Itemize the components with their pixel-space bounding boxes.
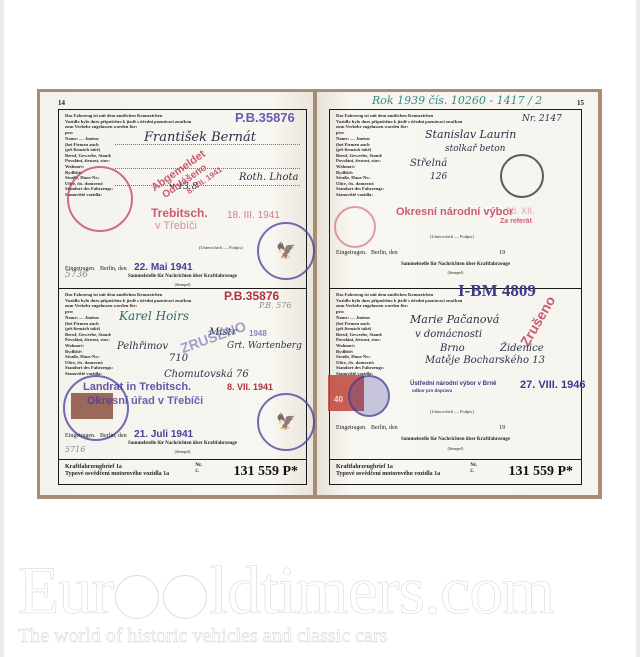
registration-line: Eingetragen. Berlin, den 19 xyxy=(336,425,575,431)
handwritten-name: Karel Hoirs xyxy=(119,309,189,323)
stamp-label: (Stempel) xyxy=(59,449,306,454)
handwritten-post: Židenice xyxy=(500,343,544,354)
signature-label: (Unterschrift — Podpis) xyxy=(430,234,474,239)
authority-stamp-cz: Okresní úřad v Třebíči xyxy=(87,395,203,407)
registration-line: Eingetragen. Berlin, den 22. Mai 1941 xyxy=(65,262,300,273)
collecting-office: Sammelstelle für Nachrichten über Kraftf… xyxy=(59,274,306,279)
page-number: 15 xyxy=(577,99,584,107)
handwritten-residence: Střelná xyxy=(410,158,447,169)
scrollbar[interactable] xyxy=(636,0,640,657)
registered-city: Berlin, den xyxy=(100,433,127,439)
collecting-office: Sammelstelle für Nachrichten über Kraftf… xyxy=(330,437,581,442)
watermark-logo: Eurldtimers.com xyxy=(18,556,554,624)
registered-label: Eingetragen. xyxy=(336,425,367,431)
gauge-icon xyxy=(163,575,207,619)
authority-stamp-sub: Za referát xyxy=(500,218,532,225)
field-line xyxy=(115,185,300,186)
form-number: 131 559 P* xyxy=(508,464,573,480)
margin-note: Nr. 2147 xyxy=(522,114,562,124)
nr-label-cz: č. xyxy=(195,469,198,474)
footer-line-cz: Typové osvědčení motorového vozidla 1a xyxy=(336,471,440,477)
signature-label: (Unterschrift — Podpis) xyxy=(430,409,474,414)
handwritten-name: František Bernát xyxy=(144,130,256,145)
registered-city: Berlin, den xyxy=(100,266,127,272)
registered-year: 19 xyxy=(499,425,505,431)
handwritten-post: Grt. Wartenberg xyxy=(227,341,302,351)
entry-1: Das Fahrzeug ist mit dem amtlichen Kennz… xyxy=(59,110,306,289)
registration-line: Eingetragen. Berlin, den 21. Juli 1941 xyxy=(65,429,300,440)
page-right: 15 Rok 1939 čís. 10260 - 1417 / 2 Das Fa… xyxy=(317,92,598,495)
authority-stamp-cz: v Třebíči xyxy=(155,220,197,232)
signature-label: (Unterschrift — Podpis) xyxy=(199,245,243,250)
handwritten-name: Stanislav Laurin xyxy=(425,128,516,141)
printed-fields: Name: — Jméno: (bei Firmen auch (při fir… xyxy=(65,315,113,377)
plate-number: P.B.35876 xyxy=(235,110,295,125)
stamp-label: (Stempel) xyxy=(330,270,581,275)
entry-2: Das Fahrzeug ist mit dem amtlichen Kennz… xyxy=(59,289,306,460)
printed-fields: Name: — Jméno: (bei Firmen auch (při fir… xyxy=(336,136,384,198)
round-seal-red xyxy=(67,166,133,232)
authority-stamp-de: Landrat in Trebitsch. xyxy=(83,381,191,393)
margin-note: 5716 xyxy=(65,445,85,454)
footer-line-cz: Typové osvědčení motorového vozidla 1a xyxy=(65,471,169,477)
form-footer: Kraftfahrzeugbrief 1a Typové osvědčení m… xyxy=(330,460,581,484)
registration-line: Eingetragen. Berlin, den 19 xyxy=(336,250,575,256)
stamp-label: (Stempel) xyxy=(59,282,306,287)
cancel-stamp: Zrušeno xyxy=(517,293,558,349)
entry-1: Das Fahrzeug ist mit dem amtlichen Kennz… xyxy=(330,110,581,289)
authority-stamp: Ústřední národní výbor v Brně xyxy=(410,381,496,387)
form-frame: Das Fahrzeug ist mit dem amtlichen Kennz… xyxy=(58,109,307,485)
printed-fields: Name: — Jméno: (bei Firmen auch (při fir… xyxy=(336,315,384,377)
registered-city: Berlin, den xyxy=(371,250,398,256)
authority-stamp-de: Trebitsch. xyxy=(151,206,208,220)
revenue-stamp-value: 40 xyxy=(334,395,343,404)
authority-stamp-date: 20. XII. xyxy=(506,206,535,216)
handwritten-name: Marie Pačanová xyxy=(410,313,499,326)
handwritten-profession: stolkař beton xyxy=(445,144,505,154)
round-seal-black xyxy=(500,154,544,198)
handwritten-number: 126 xyxy=(430,172,447,182)
handwritten-residence: Brno xyxy=(440,343,465,354)
round-seal-red xyxy=(334,206,376,248)
watermark-brand-prefix: Eur xyxy=(18,552,113,628)
handwritten-profession: v domácnosti xyxy=(415,329,482,340)
nr-label: Nr.č. xyxy=(195,463,202,475)
watermark-brand-suffix: ldtimers.com xyxy=(209,552,554,628)
left-edge-bar xyxy=(0,0,4,657)
nr-label-cz: č. xyxy=(470,469,473,474)
gauge-icon xyxy=(115,575,159,619)
registered-year: 19 xyxy=(499,250,505,256)
form-footer: Kraftfahrzeugbrief 1a Typové osvědčení m… xyxy=(59,460,306,484)
authority-stamp: Okresní národní výbor xyxy=(396,206,513,218)
registered-date: 22. Mai 1941 xyxy=(134,262,192,273)
margin-note-top: P.B. 576 xyxy=(259,301,292,310)
handwritten-post: Roth. Lhota xyxy=(239,172,298,183)
registered-label: Eingetragen. xyxy=(65,433,96,439)
collecting-office: Sammelstelle für Nachrichten über Kraftf… xyxy=(59,441,306,446)
round-seal-blue xyxy=(348,375,390,417)
nr-label-de: Nr. xyxy=(470,463,477,468)
form-frame: Das Fahrzeug ist mit dem amtlichen Kennz… xyxy=(329,109,582,485)
footer-line-de: Kraftfahrzeugbrief 1a xyxy=(336,464,393,470)
registered-label: Eingetragen. xyxy=(336,250,367,256)
handwritten-residence: Pelhřimov xyxy=(117,341,168,352)
page-left: 14 Das Fahrzeug ist mit dem amtlichen Ke… xyxy=(40,92,313,495)
plate-number: I-BM 4809 xyxy=(458,281,536,301)
nr-label-de: Nr. xyxy=(195,463,202,468)
authority-stamp-date: 18. III. 1941 xyxy=(227,210,280,221)
cancel-stamp-year: 1948 xyxy=(249,329,267,338)
watermark-tagline: The world of historic vehicles and class… xyxy=(18,625,387,648)
margin-note: 5736 xyxy=(65,270,88,280)
authority-stamp-date: 8. VII. 1941 xyxy=(227,382,273,392)
authority-stamp-date: 27. VIII. 1946 xyxy=(520,379,585,391)
registered-date: 21. Juli 1941 xyxy=(134,429,193,440)
footer-line-de: Kraftfahrzeugbrief 1a xyxy=(65,464,122,470)
document-booklet: 14 Das Fahrzeug ist mit dem amtlichen Ke… xyxy=(37,89,602,499)
authority-stamp-sub: odbor pro dopravu xyxy=(412,388,452,393)
form-number: 131 559 P* xyxy=(233,464,298,480)
eagle-icon: 🦅 xyxy=(276,241,296,261)
stamp-label: (Stempel) xyxy=(330,446,581,451)
collecting-office: Sammelstelle für Nachrichten über Kraftf… xyxy=(330,262,581,267)
page-number: 14 xyxy=(58,99,65,107)
registered-city: Berlin, den xyxy=(371,425,398,431)
printed-intro: Das Fahrzeug ist mit dem amtlichen Kennz… xyxy=(336,292,462,314)
nr-label: Nr.č. xyxy=(470,463,477,475)
handwritten-street: Chomutovská 76 xyxy=(164,369,249,380)
entry-2: Das Fahrzeug ist mit dem amtlichen Kennz… xyxy=(330,289,581,460)
handwritten-street: Matěje Bocharského 13 xyxy=(425,355,545,366)
top-annotation: Rok 1939 čís. 10260 - 1417 / 2 xyxy=(372,94,542,107)
